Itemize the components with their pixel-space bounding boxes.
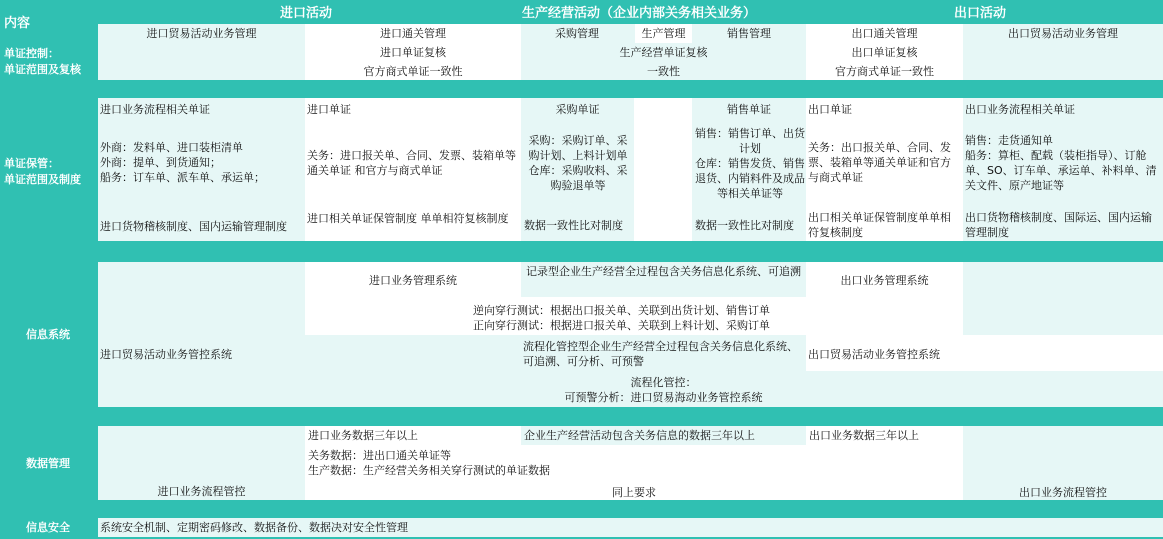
import-trade-mgmt: 进口贸易活动业务管理 bbox=[147, 27, 257, 40]
import-docs-policy: 进口相关单证保管制度 单单相符复核制度 bbox=[307, 211, 519, 226]
export-doc-review: 出口单证复核 bbox=[806, 45, 963, 64]
sales-docs-policy: 数据一致性比对制度 bbox=[695, 218, 794, 233]
import-docs-cell: 进口单证 关务：进口报关单、合同、发票、装箱单等通关单证 和官方与商式单证 进口… bbox=[305, 98, 521, 241]
import-activity-header: 进口活动 bbox=[280, 6, 332, 22]
import-docs-title: 进口单证 bbox=[307, 102, 351, 117]
production-activity-header: 生产经营活动（企业内部关务相关业务） bbox=[522, 6, 756, 22]
production-consistency: 一致性 bbox=[521, 64, 806, 79]
purchase-docs-title: 采购单证 bbox=[521, 102, 634, 117]
info-security-cell: 系统安全机制、定期密码修改、数据备份、数据决对安全性管理 bbox=[98, 518, 1163, 537]
export-docs-body: 关务：出口报关单、合同、发票、装箱单等通关单证和官方与商式单证 bbox=[808, 140, 958, 185]
export-control-system: 出口贸易活动业务管控系统 bbox=[808, 347, 940, 362]
import-flow-control: 进口业务流程管控 bbox=[98, 484, 305, 499]
import-customs-block: 进口通关管理 进口单证复核 官方商式单证一致性 bbox=[305, 24, 521, 80]
import-flow-docs-cell: 进口业务流程相关单证 外商：发料单、进口装柜清单 外商：提单、到货通知； 船务：… bbox=[98, 98, 305, 241]
export-flow-policy: 出口货物稽核制度、国际运、国内运输管理制度 bbox=[965, 210, 1159, 240]
export-docs-policy: 出口相关单证保管制度单单相符复核制度 bbox=[808, 210, 958, 240]
import-flow-body: 外商：发料单、进口装柜清单 外商：提单、到货通知； 船务：订车单、派车单、承运单… bbox=[100, 140, 265, 185]
purchase-mgmt: 采购管理 bbox=[521, 26, 633, 41]
row-label-info-system: 信息系统 bbox=[26, 327, 70, 343]
import-flow-control-cell: 进口业务流程管控 bbox=[98, 426, 305, 500]
import-docs-body: 关务：进口报关单、合同、发票、装箱单等通关单证 和官方与商式单证 bbox=[307, 148, 519, 178]
export-docs-cell: 出口单证 关务：出口报关单、合同、发票、装箱单等通关单证和官方与商式单证 出口相… bbox=[806, 98, 963, 241]
production-docs-gap bbox=[634, 98, 692, 241]
import-data: 进口业务数据三年以上 bbox=[308, 428, 418, 443]
export-mgmt-system: 出口业务管理系统 bbox=[806, 262, 963, 335]
export-flow-docs-cell: 出口业务流程相关单证 销售：走货通知单 船务：算柜、配载（装柜指导）、订舱单、S… bbox=[963, 98, 1163, 241]
import-mgmt-system: 进口业务管理系统 bbox=[305, 273, 521, 288]
data-types: 关务数据：进出口通关单证等 生产数据：生产经营关务相关穿行测试的单证数据 bbox=[308, 448, 550, 478]
walkthrough-test: 逆向穿行测试：根据出口报关单、关联到出货计划、销售订单 正向穿行测试：根据进口报… bbox=[473, 303, 803, 333]
content-header: 内容 bbox=[4, 16, 30, 32]
sales-docs-title: 销售单证 bbox=[692, 102, 806, 117]
production-doc-review: 生产经营单证复核 bbox=[521, 45, 806, 60]
import-customs-mgmt: 进口通关管理 bbox=[305, 26, 521, 45]
export-trade-mgmt: 出口贸易活动业务管理 bbox=[1008, 27, 1118, 40]
export-flow-control-cell: 出口业务流程管控 bbox=[963, 426, 1163, 500]
import-consistency: 官方商式单证一致性 bbox=[305, 64, 521, 79]
process-system: 流程化管控型企业生产经营全过程包含关务信息化系统、可追溯、可分析、可预警 bbox=[523, 339, 803, 369]
export-customs-mgmt: 出口通关管理 bbox=[806, 26, 963, 45]
sales-docs-cell: 销售单证 销售：销售订单、出货计划 仓库：销售发货、销售退货、内销料件及成品等相… bbox=[692, 98, 806, 241]
row-label-data-mgmt: 数据管理 bbox=[26, 456, 70, 472]
import-trade-mgmt-cell: 进口贸易活动业务管理 bbox=[98, 24, 305, 80]
export-data: 出口业务数据三年以上 bbox=[809, 428, 919, 443]
export-docs-title: 出口单证 bbox=[808, 102, 852, 117]
row-label-doc-control: 单证控制： 单证范围及复核 bbox=[4, 46, 81, 78]
record-system: 记录型企业生产经营全过程包含关务信息化系统、可追溯 bbox=[521, 264, 806, 297]
import-flow-title: 进口业务流程相关单证 bbox=[100, 102, 210, 117]
import-control-system: 进口贸易活动业务管控系统 bbox=[100, 347, 232, 362]
purchase-docs-cell: 采购单证 采购：采购订单、采购计划、上料计划单 仓库：采购收料、采购验退单等 数… bbox=[521, 98, 634, 241]
import-doc-review: 进口单证复核 bbox=[305, 45, 521, 64]
purchase-docs-policy: 数据一致性比对制度 bbox=[524, 218, 623, 233]
same-as-above: 同上要求 bbox=[305, 485, 963, 500]
info-security-text: 系统安全机制、定期密码修改、数据备份、数据决对安全性管理 bbox=[100, 521, 408, 534]
export-flow-title: 出口业务流程相关单证 bbox=[965, 102, 1075, 117]
sales-mgmt: 销售管理 bbox=[692, 26, 806, 41]
export-trade-mgmt-cell: 出口贸易活动业务管理 bbox=[963, 24, 1163, 80]
production-mgmt: 生产管理 bbox=[635, 24, 692, 43]
row-label-info-security: 信息安全 bbox=[26, 520, 70, 536]
export-consistency: 官方商式单证一致性 bbox=[806, 64, 963, 79]
row-label-doc-storage: 单证保管： 单证范围及制度 bbox=[4, 156, 81, 188]
import-flow-policy: 进口货物稽核制度、国内运输管理制度 bbox=[100, 219, 287, 234]
export-customs-block: 出口通关管理 出口单证复核 官方商式单证一致性 bbox=[806, 24, 963, 80]
export-flow-body: 销售：走货通知单 船务：算柜、配载（装柜指导）、订舱单、SO、订车单、承运单、补… bbox=[965, 133, 1159, 193]
export-activity-header: 出口活动 bbox=[954, 6, 1006, 22]
production-data: 企业生产经营活动包含关务信息的数据三年以上 bbox=[521, 426, 806, 445]
export-flow-control: 出口业务流程管控 bbox=[963, 485, 1163, 500]
sales-docs-body: 销售：销售订单、出货计划 仓库：销售发货、销售退货、内销料件及成品等相关单证等 bbox=[695, 126, 805, 201]
purchase-docs-body: 采购：采购订单、采购计划、上料计划单 仓库：采购收料、采购验退单等 bbox=[524, 133, 632, 193]
process-control: 流程化管控： 可预警分析：进口贸易海动业务管控系统 bbox=[521, 375, 806, 405]
